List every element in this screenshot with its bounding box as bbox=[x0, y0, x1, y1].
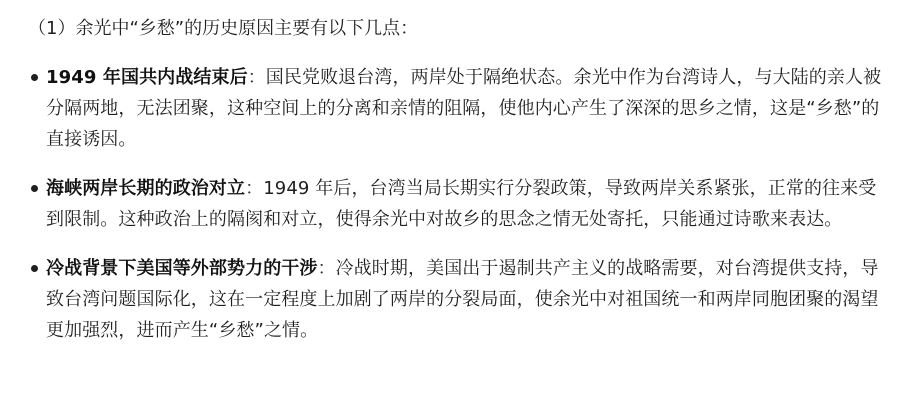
document-body: （1）余光中“乡愁”的历史原因主要有以下几点： 1949 年国共内战结束后：国民… bbox=[0, 0, 900, 346]
list-item: 海峡两岸长期的政治对立：1949 年后，台湾当局长期实行分裂政策，导致两岸关系紧… bbox=[28, 173, 886, 235]
point-separator: ： bbox=[318, 258, 336, 279]
point-separator: ： bbox=[248, 67, 266, 88]
intro-heading: （1）余光中“乡愁”的历史原因主要有以下几点： bbox=[28, 14, 900, 44]
reasons-list: 1949 年国共内战结束后：国民党败退台湾，两岸处于隔绝状态。余光中作为台湾诗人… bbox=[28, 62, 900, 346]
point-separator: ： bbox=[245, 178, 263, 199]
bullet-icon bbox=[31, 185, 38, 192]
point-title: 1949 年国共内战结束后 bbox=[46, 67, 248, 88]
bullet-icon bbox=[31, 74, 38, 81]
point-title: 海峡两岸长期的政治对立 bbox=[46, 178, 245, 199]
bullet-icon bbox=[31, 265, 38, 272]
list-item: 冷战背景下美国等外部势力的干涉：冷战时期，美国出于遏制共产主义的战略需要，对台湾… bbox=[28, 253, 886, 346]
point-title: 冷战背景下美国等外部势力的干涉 bbox=[46, 258, 318, 279]
list-item: 1949 年国共内战结束后：国民党败退台湾，两岸处于隔绝状态。余光中作为台湾诗人… bbox=[28, 62, 886, 155]
